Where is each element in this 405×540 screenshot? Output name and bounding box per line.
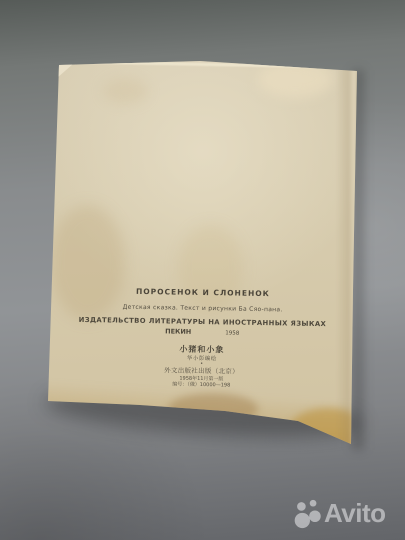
avito-watermark: Avito <box>293 497 386 529</box>
watermark-label: Avito <box>324 498 386 529</box>
stain <box>103 78 148 104</box>
publish-year: 1958 <box>225 330 239 336</box>
avito-logo-icon <box>293 497 321 529</box>
spacer <box>191 334 225 335</box>
publisher-city: ПЕКИН <box>165 327 191 335</box>
product-photo[interactable]: ПОРОСЕНОК И СЛОНЕНОК Детская сказка. Тек… <box>0 0 405 540</box>
